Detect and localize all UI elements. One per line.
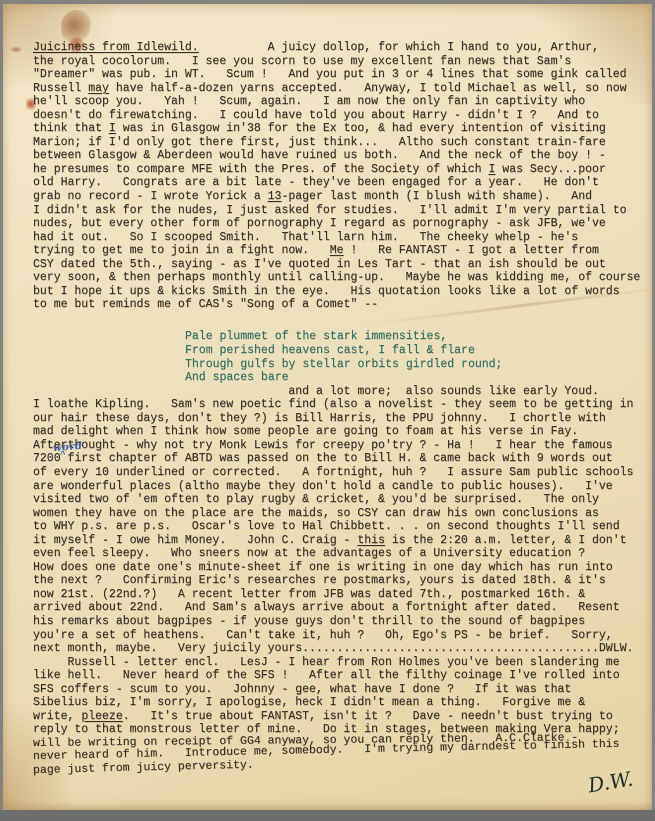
letter-line: to WHY p.s. are p.s. Oscar's love to Hal… — [33, 520, 649, 534]
letter-line: arrived about 22nd. And Sam's always arr… — [33, 601, 649, 615]
letter-line: he presumes to compare MFE with the Pres… — [33, 163, 649, 177]
letter-line: Russell may have half-a-dozen yarns acce… — [33, 82, 649, 96]
letter-line: and a lot more; also sounds like early Y… — [33, 385, 649, 399]
paper-sheet: Juiciness from Idlewild. A juicy dollop,… — [3, 4, 652, 810]
letter-line: CSY dated the 5th., saying - as I've quo… — [33, 258, 649, 272]
letter-line: I loathe Kipling. Sam's new poetic find … — [33, 398, 649, 412]
letter-line: between Glasgow & Aberdeen would have ru… — [33, 149, 649, 163]
letter-line: grab no record - I wrote Yorick a 13-pag… — [33, 190, 649, 204]
letter-line: his remarks about bagpipes - if youse gu… — [33, 615, 649, 629]
letter-body: Juiciness from Idlewild. A juicy dollop,… — [33, 41, 649, 778]
letter-line: of every 10 underlined or corrected. A f… — [33, 466, 649, 480]
letter-line: old Harry. Congrats are a bit late - the… — [33, 176, 649, 190]
letter-line: SFS coffers - scum to you. Johnny - gee,… — [33, 683, 649, 697]
letter-line: "Dreamer" was pub. in WT. Scum ! And you… — [33, 68, 649, 82]
letter-line: had it out. So I scooped Smith. That'll … — [33, 231, 649, 245]
letter-line: even feel sleepy. Who sneers now at the … — [33, 547, 649, 561]
letter-line: you're a set of heathens. Can't take it,… — [33, 629, 649, 643]
letter-line: the next ? Confirming Eric's researches … — [33, 574, 649, 588]
letter-line: next month, maybe. Very juicily yours...… — [33, 642, 649, 656]
letter-line: women they have on the place are the mai… — [33, 507, 649, 521]
letter-line: think that I was in Glasgow in'38 for th… — [33, 122, 649, 136]
letter-line: to me but reminds me of CAS's "Song of a… — [33, 298, 649, 312]
letter-line: 7200 first chapter of ABTD was passed on… — [33, 452, 649, 466]
letter-line: now 21st. (22nd.?) A recent letter from … — [33, 588, 649, 602]
scanned-letter-page: Juiciness from Idlewild. A juicy dollop,… — [0, 0, 655, 821]
letter-line: the royal cocolorum. I see you scorn to … — [33, 55, 649, 69]
margin-mark — [9, 46, 23, 53]
scanner-edge — [0, 810, 655, 821]
letter-line: very soon, & then perhaps monthly until … — [33, 271, 649, 285]
letter-line: our hair these days, don't they ?) is Bi… — [33, 412, 649, 426]
letter-line: Marion; if I'd only got there first, jus… — [33, 136, 649, 150]
letter-line: Afterthought - why not try Monk Lewis fo… — [33, 439, 649, 453]
letter-line: write, pleeze. It's true about FANTAST, … — [33, 710, 649, 724]
letter-line: And spaces bare — [185, 371, 649, 385]
letter-line: mad delight when I think how some people… — [33, 425, 649, 439]
letter-line: How does one date one's minute-sheet if … — [33, 561, 649, 575]
letter-line: Through gulfs by stellar orbits girdled … — [185, 358, 649, 372]
letter-line: are wonderful places (altho maybe they d… — [33, 480, 649, 494]
caret-mark: ^ — [60, 450, 65, 460]
letter-line: visited two of 'em often to play rugby &… — [33, 493, 649, 507]
letter-line: From perished heavens cast, I fall & fla… — [185, 344, 649, 358]
letter-line: but I hope it ups & kicks Smith in the e… — [33, 285, 649, 299]
letter-line: Russell - letter encl. LesJ - I hear fro… — [33, 656, 649, 670]
letter-line: he'll scoop you. Yah ! Scum, again. I am… — [33, 95, 649, 109]
letter-line: trying to get me to join in a fight now.… — [33, 244, 649, 258]
letter-line: Sibelius biz, I'm sorry, I apologise, he… — [33, 696, 649, 710]
letter-line: Pale plummet of the stark immensities, — [185, 330, 649, 344]
letter-line: nudes, but every other form of pornograp… — [33, 217, 649, 231]
letter-line — [33, 312, 649, 326]
letter-line: it myself - I owe him Money. John C. Cra… — [33, 534, 649, 548]
letter-line: Juiciness from Idlewild. A juicy dollop,… — [33, 41, 649, 55]
letter-line: like hell. Never heard of the SFS ! Afte… — [33, 669, 649, 683]
letter-line: I didn't ask for the nudes, I just asked… — [33, 204, 649, 218]
letter-line: doesn't do firewatching. I could have to… — [33, 109, 649, 123]
